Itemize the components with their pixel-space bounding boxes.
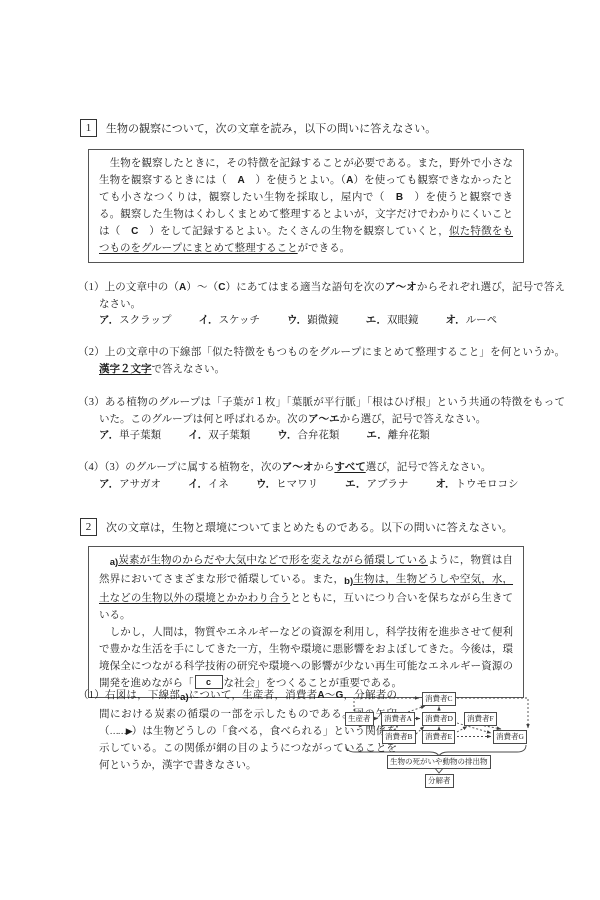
- section2-number: 2: [80, 518, 97, 536]
- carbon-cycle-diagram: 消費者C 生産者 消費者A 消費者D 消費者F 消費者B 消費者E 消費者G 生…: [340, 684, 536, 792]
- section2-passage-box: a)炭素が生物のからだや大気中などで形を変えながら循環しているように，物質は自然…: [88, 546, 524, 698]
- section1-passage-box: 生物を観察したときに，その特徴を記録することが必要である。また，野外で小さな生物…: [88, 149, 524, 263]
- node-waste: 生物の死がいや動物の排出物: [387, 755, 491, 769]
- q1-4-text: （4）（3）のグループに属する植物を，次のア～オからすべて選び，記号で答えなさい…: [78, 459, 565, 476]
- q1-1-options: ア．スクラップイ．スケッチウ．顕微鏡エ．双眼鏡オ．ルーペ: [99, 312, 497, 329]
- node-consumer-b: 消費者B: [382, 730, 416, 744]
- section2-header: 2 次の文章は，生物と環境についてまとめたものである。以下の問いに答えなさい。: [80, 518, 513, 536]
- q1-1-text: （1）上の文章中の（A）～（C）にあてはまる適当な語句を次のア～オからそれぞれ選…: [78, 279, 565, 313]
- section1-title: 生物の観察について，次の文章を読み，以下の問いに答えなさい。: [106, 120, 436, 136]
- q1-3-text: （3）ある植物のグループは「子葉が１枚」「葉脈が平行脈」「根はひげ根」という共通…: [78, 394, 565, 428]
- node-producer: 生産者: [345, 712, 374, 726]
- node-consumer-c: 消費者C: [422, 692, 456, 706]
- section2-title: 次の文章は，生物と環境についてまとめたものである。以下の問いに答えなさい。: [106, 519, 513, 535]
- section1-passage-text: 生物を観察したときに，その特徴を記録することが必要である。また，野外で小さな生物…: [99, 155, 513, 257]
- node-consumer-a: 消費者A: [381, 712, 415, 726]
- node-decomposer: 分解者: [425, 774, 454, 788]
- node-consumer-d: 消費者D: [422, 712, 456, 726]
- q1-4-options: ア．アサガオイ．イネウ．ヒマワリエ．アブラナオ．トウモロコシ: [99, 476, 519, 493]
- section2-passage-paragraph1: a)炭素が生物のからだや大気中などで形を変えながら循環しているように，物質は自然…: [99, 552, 513, 624]
- q1-2-text: （2）上の文章中の下線部「似た特徴をもつものをグループにまとめて整理すること」を…: [78, 344, 565, 378]
- node-consumer-f: 消費者F: [464, 712, 497, 726]
- section1-header: 1 生物の観察について，次の文章を読み，以下の問いに答えなさい。: [80, 119, 436, 137]
- q1-3-options: ア．単子葉類イ．双子葉類ウ．合弁花類エ．離弁花類: [99, 427, 430, 444]
- section2-passage-paragraph2: しかし，人間は，物質やエネルギーなどの資源を利用し，科学技術を進歩させて便利で豊…: [99, 624, 513, 692]
- node-consumer-e: 消費者E: [422, 730, 455, 744]
- node-consumer-g: 消費者G: [493, 730, 527, 744]
- section1-number: 1: [80, 119, 97, 137]
